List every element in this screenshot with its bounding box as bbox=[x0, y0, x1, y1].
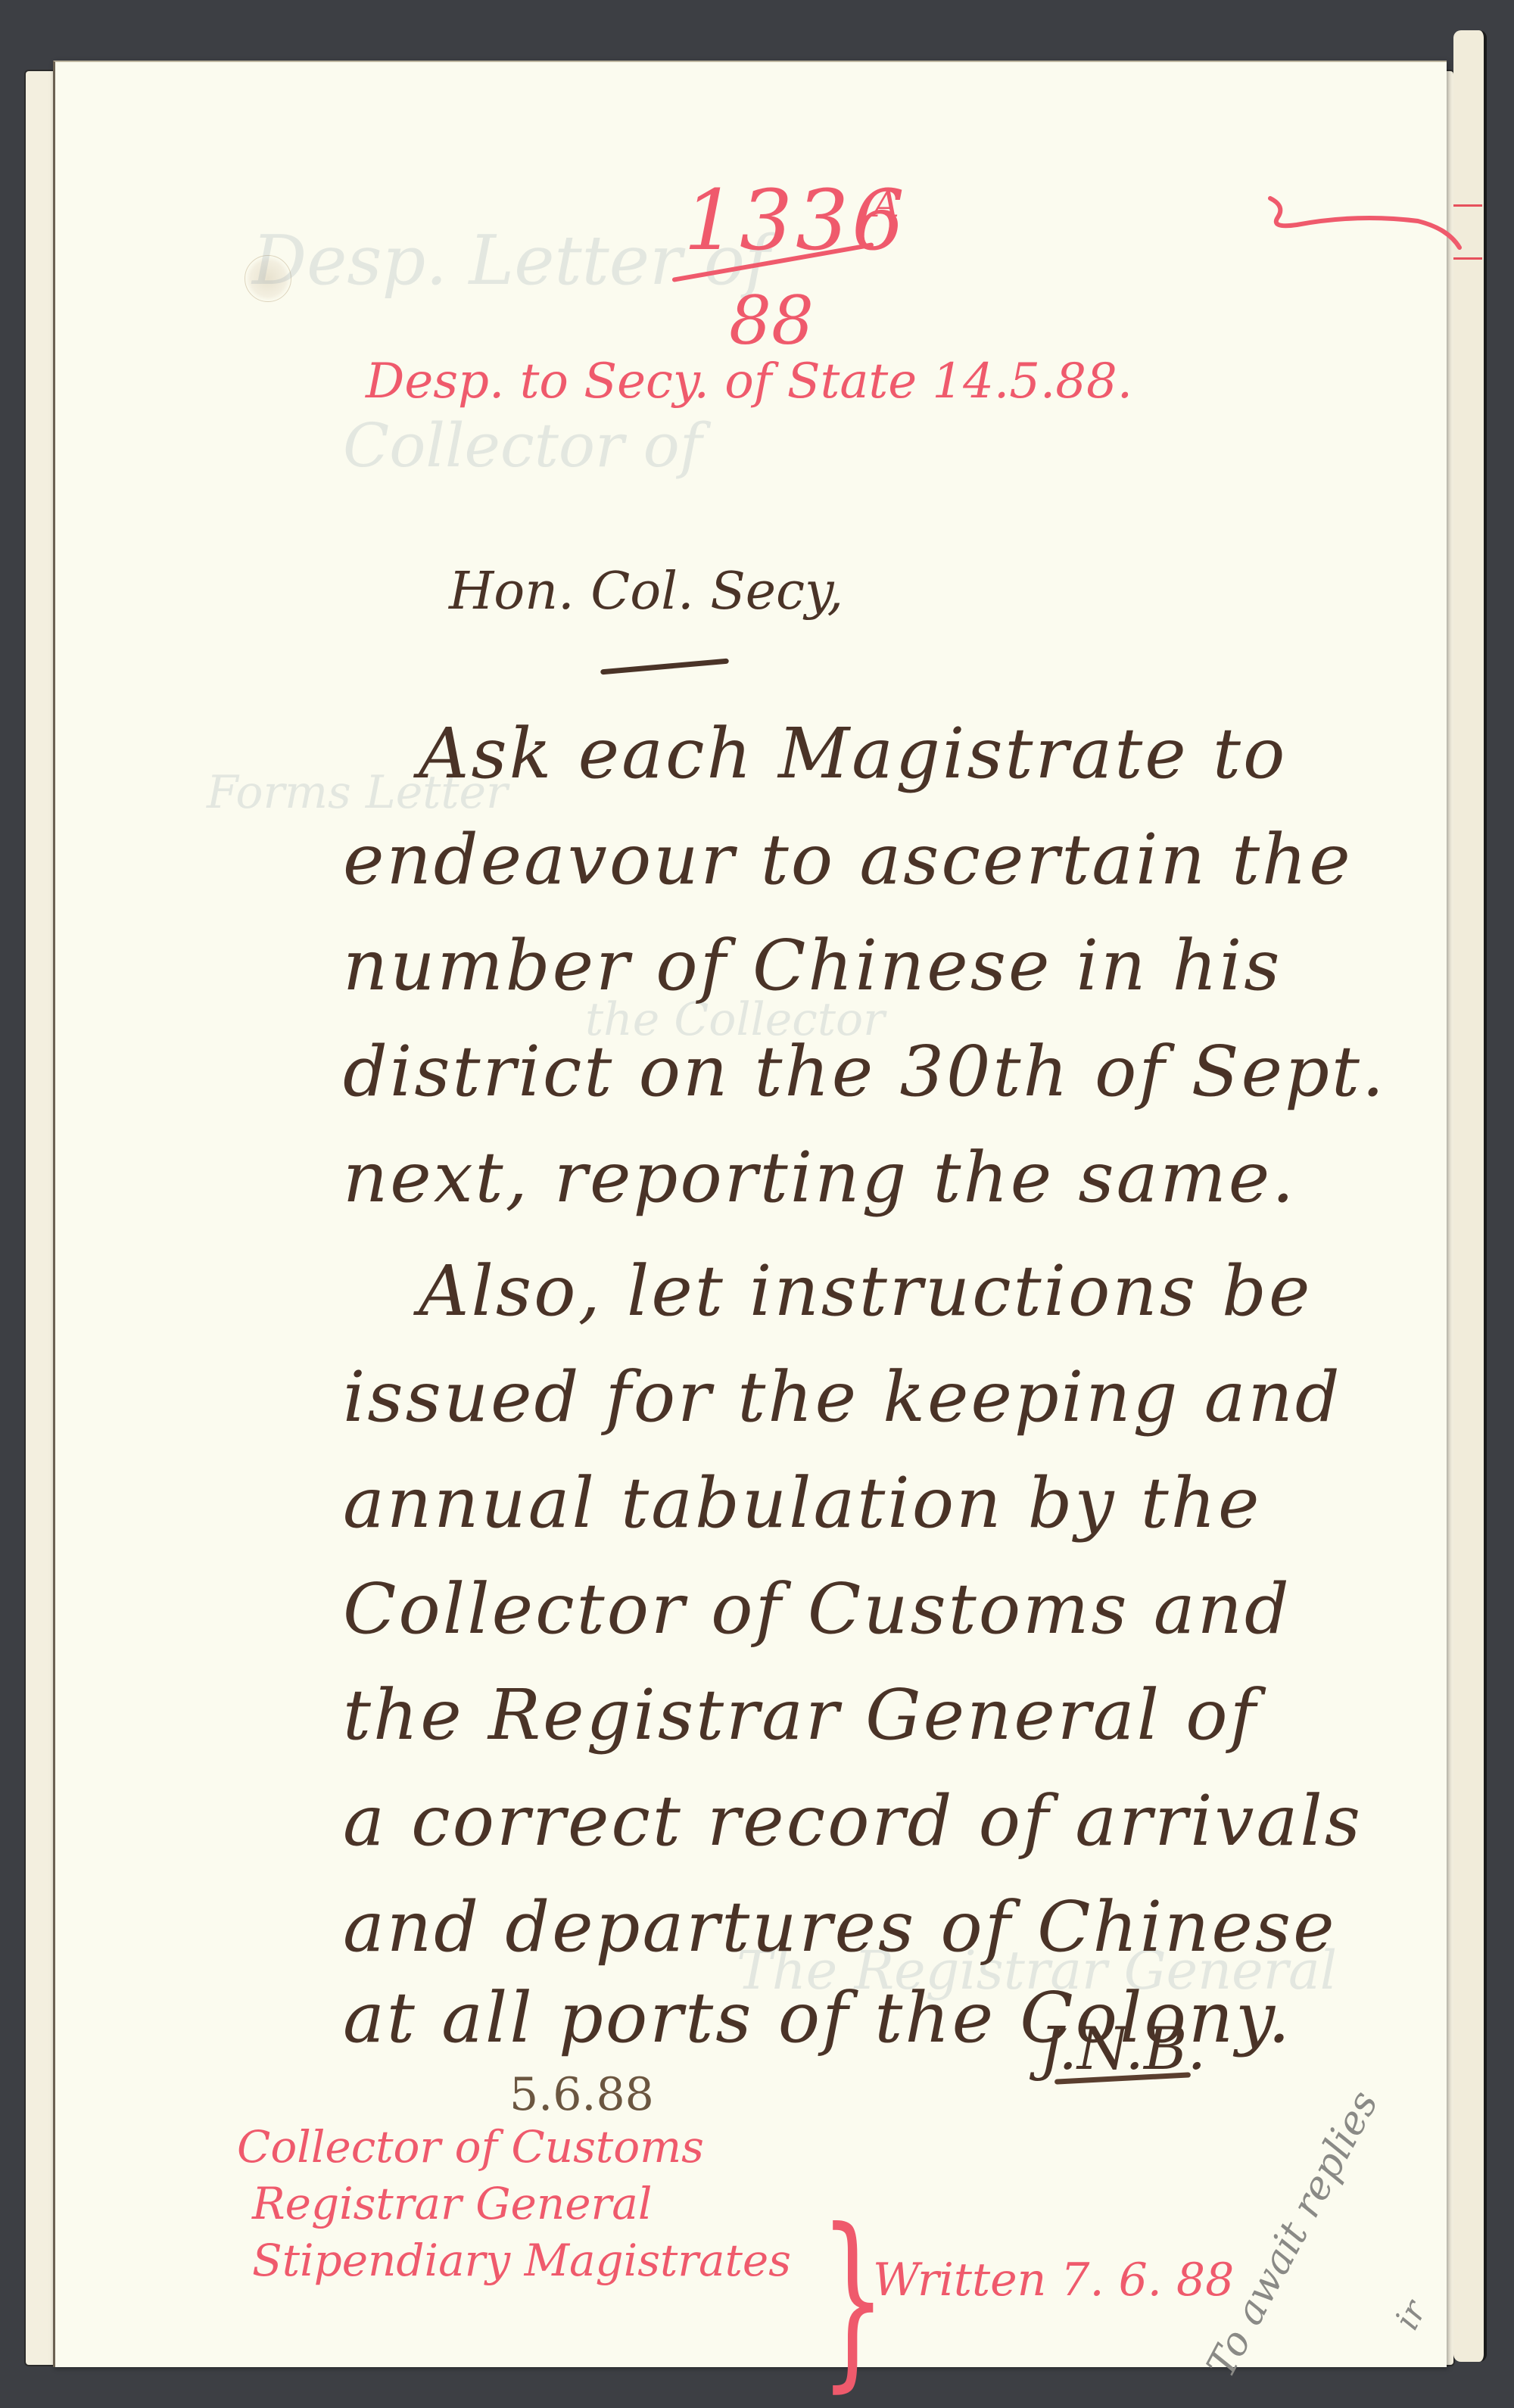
minute-paper: Desp. Letter of Collector of Forms Lette… bbox=[53, 61, 1447, 2367]
minute-line: a correct record of arrivals bbox=[343, 1780, 1363, 1861]
pencil-annotation: To await replies bbox=[1198, 2083, 1388, 2385]
minute-line: district on the 30th of Sept. bbox=[343, 1031, 1386, 1112]
recipient-stipendiary-magistrates: Stipendiary Magistrates bbox=[252, 2235, 791, 2286]
minute-line: Also, let instructions be bbox=[419, 1251, 1312, 1332]
salutation: Hon. Col. Secy, bbox=[449, 562, 843, 621]
reference-suffix: A bbox=[873, 183, 899, 226]
underlying-sheet-right bbox=[1453, 30, 1487, 2362]
minute-line: and departures of Chinese bbox=[343, 1886, 1337, 1967]
minute-line: the Registrar General of bbox=[343, 1674, 1258, 1755]
minute-date: 5.6.88 bbox=[509, 2068, 654, 2121]
minute-line: Collector of Customs and bbox=[343, 1568, 1291, 1649]
pencil-annotation-2: ir bbox=[1388, 2294, 1435, 2336]
written-date-note: Written 7. 6. 88 bbox=[873, 2254, 1234, 2307]
despatch-note: Desp. to Secy. of State 14.5.88. bbox=[366, 354, 1132, 410]
recipient-collector-of-customs: Collector of Customs bbox=[237, 2121, 704, 2173]
minute-line: annual tabulation by the bbox=[343, 1463, 1261, 1544]
minute-line: number of Chinese in his bbox=[343, 925, 1282, 1006]
recipient-registrar-general: Registrar General bbox=[252, 2178, 652, 2229]
minute-line: issued for the keeping and bbox=[343, 1357, 1342, 1438]
salutation-underline bbox=[600, 659, 729, 675]
minute-line: endeavour to ascertain the bbox=[343, 819, 1353, 900]
reference-year: 88 bbox=[729, 282, 814, 360]
minute-line: next, reporting the same. bbox=[343, 1137, 1296, 1218]
bleed-through-text: Collector of bbox=[343, 410, 702, 481]
minute-line: Ask each Magistrate to bbox=[419, 713, 1287, 794]
red-squiggle-mark bbox=[1266, 191, 1463, 259]
